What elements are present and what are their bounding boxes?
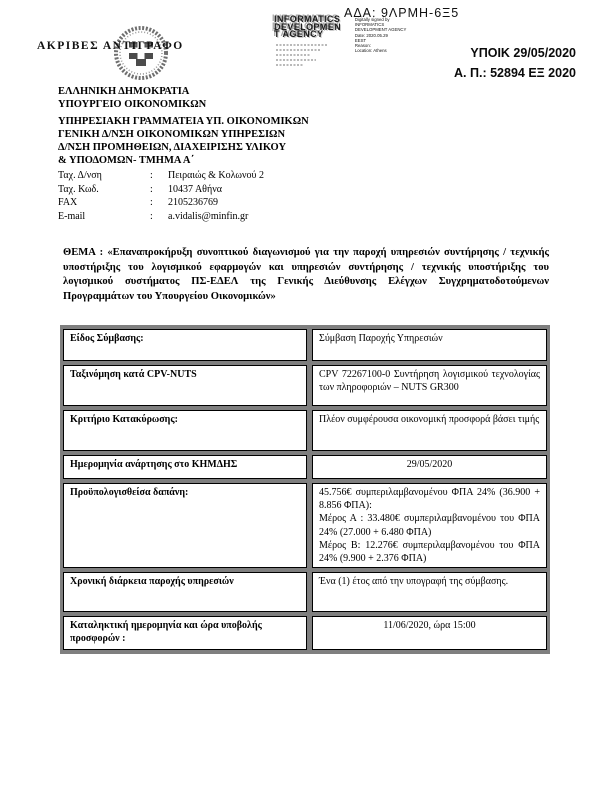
- header-line: ΥΠΗΡΕΣΙΑΚΗ ΓΡΑΜΜΑΤΕΙΑ ΥΠ. ΟΙΚΟΝΟΜΙΚΩΝ: [58, 115, 309, 128]
- ministry-header: ΕΛΛΗΝΙΚΗ ΔΗΜΟΚΡΑΤΙΑ ΥΠΟΥΡΓΕΙΟ ΟΙΚΟΝΟΜΙΚΩ…: [58, 85, 309, 167]
- table-row: Κριτήριο Κατακύρωσης: Πλέον συμφέρουσα ο…: [63, 410, 547, 451]
- contact-label: E-mail: [58, 210, 150, 224]
- row-label: Είδος Σύμβασης:: [63, 329, 307, 361]
- contact-value: a.vidalis@minfin.gr: [168, 210, 248, 224]
- row-label: Ταξινόμηση κατά CPV-NUTS: [63, 365, 307, 406]
- row-label: Ημερομηνία ανάρτησης στο ΚΗΜΔΗΣ: [63, 455, 307, 479]
- subject-paragraph: ΘΕΜΑ : «Επαναπροκήρυξη συνοπτικού διαγων…: [63, 246, 549, 304]
- contact-label: Ταχ. Κωδ.: [58, 183, 150, 197]
- header-line: Δ/ΝΣΗ ΠΡΟΜΗΘΕΙΩΝ, ΔΙΑΧΕΙΡΙΣΗΣ ΥΛΙΚΟΥ: [58, 141, 309, 154]
- header-line: ΥΠΟΥΡΓΕΙΟ ΟΙΚΟΝΟΜΙΚΩΝ: [58, 98, 309, 111]
- stamp-detail-line: Location: Athens: [355, 48, 416, 53]
- stamp-signature-details: Digitally signed by INFORMATICS DEVELOPM…: [355, 16, 416, 69]
- row-value: 11/06/2020, ώρα 15:00: [312, 616, 547, 650]
- row-value: CPV 72267100-0 Συντήρηση λογισμικού τεχν…: [312, 365, 547, 406]
- table-row: Προϋπολογισθείσα δαπάνη: 45.756€ συμπερι…: [63, 483, 547, 568]
- contact-value: 10437 Αθήνα: [168, 183, 222, 197]
- stamp-ghost-lines: [274, 44, 349, 67]
- contact-separator: :: [150, 169, 168, 183]
- row-label: Κριτήριο Κατακύρωσης:: [63, 410, 307, 451]
- greek-emblem-icon: [112, 24, 170, 82]
- contact-row-email: E-mail : a.vidalis@minfin.gr: [58, 210, 264, 224]
- contact-info: Ταχ. Δ/νση : Πειραιώς & Κολωνού 2 Ταχ. Κ…: [58, 169, 264, 223]
- header-line: ΓΕΝΙΚΗ Δ/ΝΣΗ ΟΙΚΟΝΟΜΙΚΩΝ ΥΠΗΡΕΣΙΩΝ: [58, 128, 309, 141]
- stamp-agency-name: INFORMATICS DEVELOPMEN T AGENCY: [266, 16, 349, 69]
- header-line: ΕΛΛΗΝΙΚΗ ΔΗΜΟΚΡΑΤΙΑ: [58, 85, 309, 98]
- contact-row-fax: FAX : 2105236769: [58, 196, 264, 210]
- row-value: 45.756€ συμπεριλαμβανομένου ΦΠΑ 24% (36.…: [312, 483, 547, 568]
- table-row: Χρονική διάρκεια παροχής υπηρεσιών Ένα (…: [63, 572, 547, 612]
- table-row: Καταληκτική ημερομηνία και ώρα υποβολής …: [63, 616, 547, 650]
- row-value: Σύμβαση Παροχής Υπηρεσιών: [312, 329, 547, 361]
- contact-label: FAX: [58, 196, 150, 210]
- table-row: Ημερομηνία ανάρτησης στο ΚΗΜΔΗΣ 29/05/20…: [63, 455, 547, 479]
- contact-value: Πειραιώς & Κολωνού 2: [168, 169, 264, 183]
- document-page: ΑΔΑ: 9ΛΡΜΗ-6Ξ5 ΑΚΡΙΒΕΣ ΑΝΤΙΓΡΑΦΟ INFORMA…: [0, 0, 612, 792]
- row-value: Ένα (1) έτος από την υπογραφή της σύμβασ…: [312, 572, 547, 612]
- stamp-big-line: T AGENCY: [274, 31, 349, 39]
- protocol-number: Α. Π.: 52894 ΕΞ 2020: [454, 64, 576, 84]
- protocol-block: ΥΠΟΙΚ 29/05/2020 Α. Π.: 52894 ΕΞ 2020: [454, 44, 576, 83]
- row-label: Χρονική διάρκεια παροχής υπηρεσιών: [63, 572, 307, 612]
- protocol-office-date: ΥΠΟΙΚ 29/05/2020: [454, 44, 576, 64]
- table-row: Είδος Σύμβασης: Σύμβαση Παροχής Υπηρεσιώ…: [63, 329, 547, 361]
- contact-value: 2105236769: [168, 196, 218, 210]
- contact-separator: :: [150, 183, 168, 197]
- row-value: Πλέον συμφέρουσα οικονομική προσφορά βάσ…: [312, 410, 547, 451]
- table-row: Ταξινόμηση κατά CPV-NUTS CPV 72267100-0 …: [63, 365, 547, 406]
- certified-copy-label: ΑΚΡΙΒΕΣ ΑΝΤΙΓΡΑΦΟ: [37, 40, 184, 52]
- row-label: Καταληκτική ημερομηνία και ώρα υποβολής …: [63, 616, 307, 650]
- row-value: 29/05/2020: [312, 455, 547, 479]
- contact-separator: :: [150, 210, 168, 224]
- row-label: Προϋπολογισθείσα δαπάνη:: [63, 483, 307, 568]
- tender-details-table: Είδος Σύμβασης: Σύμβαση Παροχής Υπηρεσιώ…: [60, 325, 550, 654]
- contact-row-address: Ταχ. Δ/νση : Πειραιώς & Κολωνού 2: [58, 169, 264, 183]
- contact-row-postcode: Ταχ. Κωδ. : 10437 Αθήνα: [58, 183, 264, 197]
- contact-label: Ταχ. Δ/νση: [58, 169, 150, 183]
- digital-signature-stamp: INFORMATICS DEVELOPMEN T AGENCY Digitall…: [266, 16, 416, 69]
- contact-separator: :: [150, 196, 168, 210]
- header-line: & ΥΠΟΔΟΜΩΝ- ΤΜΗΜΑ Α΄: [58, 154, 309, 167]
